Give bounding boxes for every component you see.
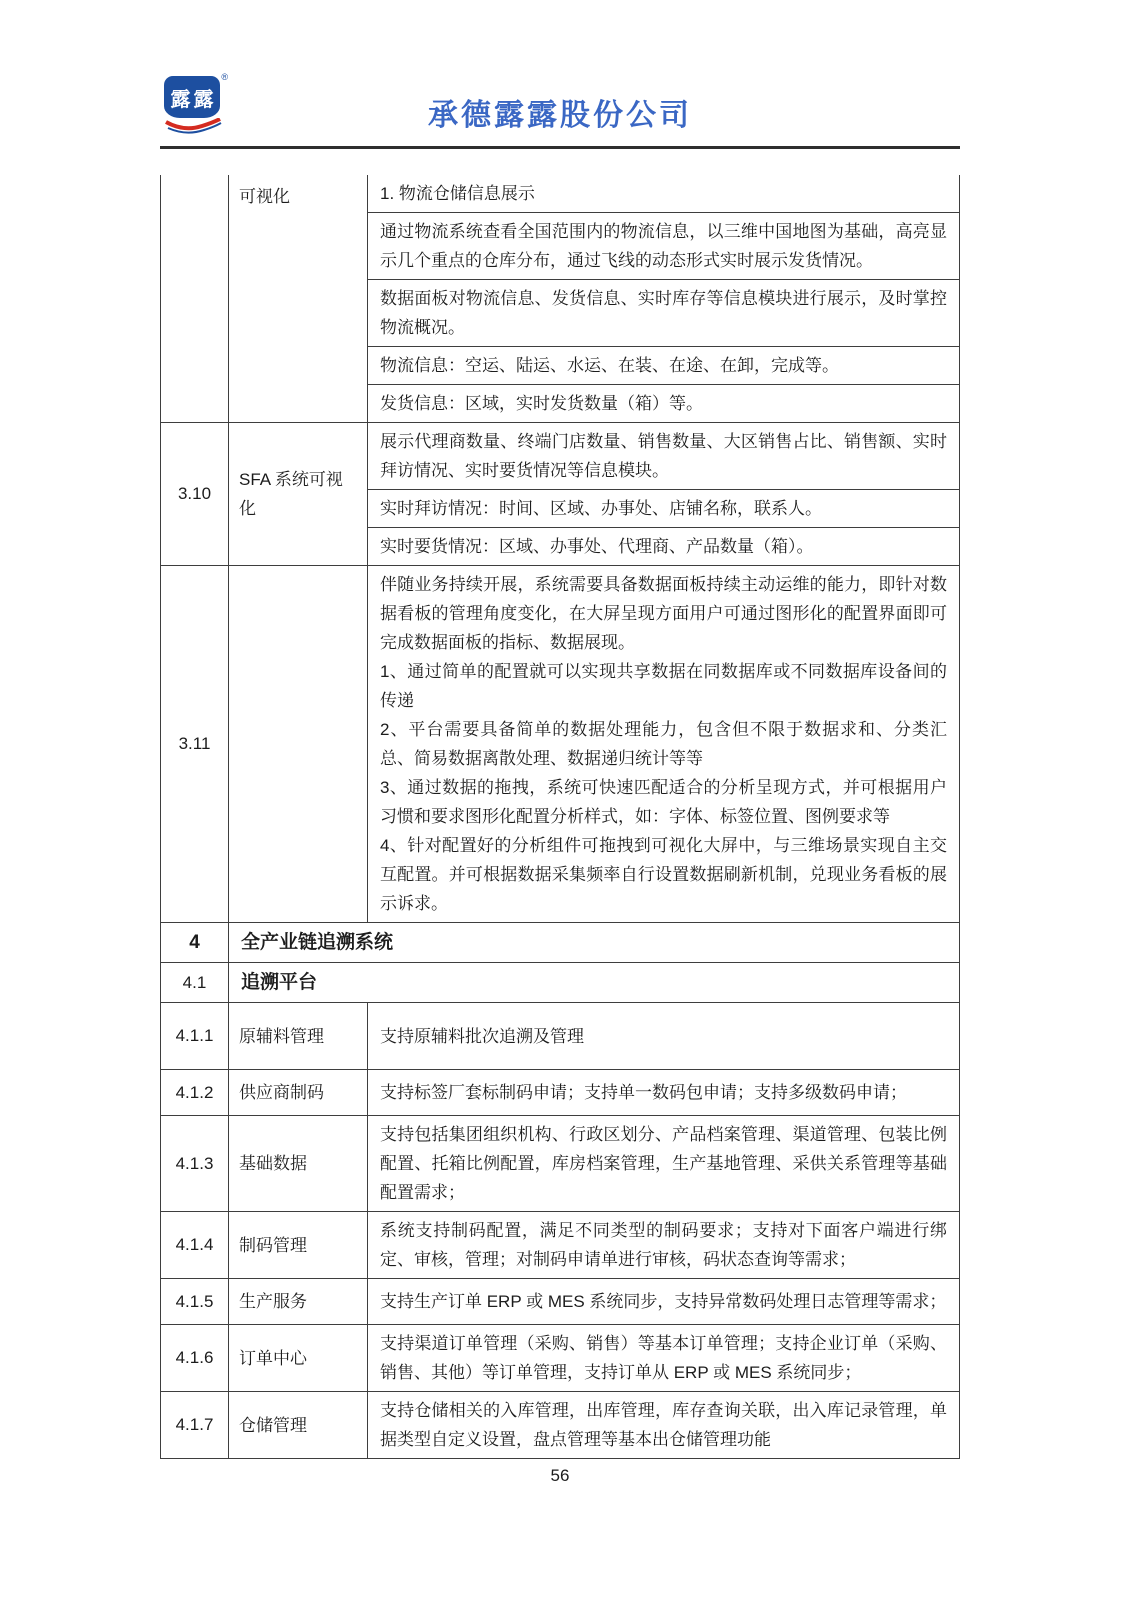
row-title: SFA 系统可视化 [239,465,357,523]
desc-item: 1. 物流仓储信息展示 [368,175,959,212]
requirements-table: 可视化 1. 物流仓储信息展示 通过物流系统查看全国范围内的物流信息，以三维中国… [160,175,960,1459]
table-row-4-1-3: 4.1.3 基础数据 支持包括集团组织机构、行政区划分、产品档案管理、渠道管理、… [161,1115,959,1211]
row-desc-cell: 支持原辅料批次追溯及管理 [368,1003,959,1069]
row-title: 仓储管理 [239,1411,307,1440]
desc-paragraph: 3、通过数据的拖拽，系统可快速匹配适合的分析呈现方式，并可根据用户习惯和要求图形… [380,773,947,831]
row-title-cell: 基础数据 [229,1116,368,1211]
row-title: 订单中心 [239,1344,307,1373]
desc-item: 物流信息：空运、陆运、水运、在装、在途、在卸，完成等。 [368,346,959,384]
row-desc-cell: 展示代理商数量、终端门店数量、销售数量、大区销售占比、销售额、实时拜访情况、实时… [368,423,959,565]
row-title-cell [229,566,368,922]
registered-trademark-icon: ® [221,72,228,82]
page-header: 露露 ® 承德露露股份公司 [160,0,960,175]
table-row-4-1-2: 4.1.2 供应商制码 支持标签厂套标制码申请；支持单一数码包申请；支持多级数码… [161,1069,959,1115]
desc-item: 发货信息：区域，实时发货数量（箱）等。 [368,384,959,422]
section-number-cell: 4.1 [161,963,229,1002]
row-title-cell: 供应商制码 [229,1070,368,1115]
page-content: 露露 ® 承德露露股份公司 可视化 1. 物流仓储信息展示 [160,0,960,1486]
row-desc-cell: 系统支持制码配置，满足不同类型的制码要求；支持对下面客户端进行绑定、审核，管理；… [368,1212,959,1278]
row-title-cell: 制码管理 [229,1212,368,1278]
row-number-cell: 4.1.1 [161,1003,229,1069]
company-title: 承德露露股份公司 [160,90,960,134]
row-number-cell: 3.11 [161,566,229,922]
row-number-cell: 4.1.5 [161,1279,229,1324]
section-title: 全产业链追溯系统 [229,923,959,962]
table-row-4-1-7: 4.1.7 仓储管理 支持仓储相关的入库管理，出库管理，库存查询关联，出入库记录… [161,1391,959,1458]
table-section-4-1: 4.1 追溯平台 [161,962,959,1002]
row-number-cell: 4.1.6 [161,1325,229,1391]
row-number-cell: 4.1.4 [161,1212,229,1278]
row-title: 基础数据 [239,1149,307,1178]
section-title: 追溯平台 [229,963,959,1002]
desc-text: 系统支持制码配置，满足不同类型的制码要求；支持对下面客户端进行绑定、审核，管理；… [368,1212,959,1278]
desc-paragraph: 4、针对配置好的分析组件可拖拽到可视化大屏中，与三维场景实现自主交互配置。并可根… [380,831,947,918]
row-title-cell: 订单中心 [229,1325,368,1391]
row-title: 供应商制码 [239,1078,324,1107]
row-desc-cell: 支持包括集团组织机构、行政区划分、产品档案管理、渠道管理、包装比例配置、托箱比例… [368,1116,959,1211]
row-title: 生产服务 [239,1287,307,1316]
desc-paragraph: 2、平台需要具备简单的数据处理能力，包含但不限于数据求和、分类汇总、简易数据离散… [380,715,947,773]
header-divider [160,146,960,149]
row-number-cell: 4.1.2 [161,1070,229,1115]
row-title-cell: 生产服务 [229,1279,368,1324]
table-row-4-1-1: 4.1.1 原辅料管理 支持原辅料批次追溯及管理 [161,1002,959,1069]
desc-text: 支持生产订单 ERP 或 MES 系统同步，支持异常数码处理日志管理等需求； [368,1283,959,1320]
desc-item: 通过物流系统查看全国范围内的物流信息，以三维中国地图为基础，高亮显示几个重点的仓… [368,212,959,279]
desc-text: 支持渠道订单管理（采购、销售）等基本订单管理；支持企业订单（采购、销售、其他）等… [368,1325,959,1391]
row-title: 可视化 [239,182,290,211]
desc-item: 实时拜访情况：时间、区域、办事处、店铺名称，联系人。 [368,489,959,527]
row-desc-cell: 支持渠道订单管理（采购、销售）等基本订单管理；支持企业订单（采购、销售、其他）等… [368,1325,959,1391]
document-page: 露露 ® 承德露露股份公司 可视化 1. 物流仓储信息展示 [0,0,1131,1600]
desc-item: 实时要货情况：区域、办事处、代理商、产品数量（箱）。 [368,527,959,565]
desc-text: 支持包括集团组织机构、行政区划分、产品档案管理、渠道管理、包装比例配置、托箱比例… [368,1116,959,1211]
desc-multiline: 伴随业务持续开展，系统需要具备数据面板持续主动运维的能力，即针对数据看板的管理角… [368,566,959,922]
row-desc-cell: 伴随业务持续开展，系统需要具备数据面板持续主动运维的能力，即针对数据看板的管理角… [368,566,959,922]
desc-item: 数据面板对物流信息、发货信息、实时库存等信息模块进行展示，及时掌控物流概况。 [368,279,959,346]
row-desc-cell: 支持生产订单 ERP 或 MES 系统同步，支持异常数码处理日志管理等需求； [368,1279,959,1324]
table-row-3-10: 3.10 SFA 系统可视化 展示代理商数量、终端门店数量、销售数量、大区销售占… [161,422,959,565]
row-number-cell [161,175,229,422]
row-title-cell: SFA 系统可视化 [229,423,368,565]
table-section-4: 4 全产业链追溯系统 [161,922,959,962]
row-desc-cell: 支持仓储相关的入库管理，出库管理，库存查询关联，出入库记录管理，单据类型自定义设… [368,1392,959,1458]
desc-text: 支持原辅料批次追溯及管理 [368,1018,959,1055]
desc-paragraph: 伴随业务持续开展，系统需要具备数据面板持续主动运维的能力，即针对数据看板的管理角… [380,570,947,657]
row-title-cell: 可视化 [229,175,368,422]
desc-paragraph: 1、通过简单的配置就可以实现共享数据在同数据库或不同数据库设备间的传递 [380,657,947,715]
table-row-3-11: 3.11 伴随业务持续开展，系统需要具备数据面板持续主动运维的能力，即针对数据看… [161,565,959,922]
table-row-4-1-6: 4.1.6 订单中心 支持渠道订单管理（采购、销售）等基本订单管理；支持企业订单… [161,1324,959,1391]
row-desc-cell: 1. 物流仓储信息展示 通过物流系统查看全国范围内的物流信息，以三维中国地图为基… [368,175,959,422]
table-row-4-1-5: 4.1.5 生产服务 支持生产订单 ERP 或 MES 系统同步，支持异常数码处… [161,1278,959,1324]
row-title-cell: 仓储管理 [229,1392,368,1458]
row-desc-cell: 支持标签厂套标制码申请；支持单一数码包申请；支持多级数码申请； [368,1070,959,1115]
desc-text: 支持标签厂套标制码申请；支持单一数码包申请；支持多级数码申请； [368,1074,959,1111]
page-footer-number: 56 [160,1466,960,1486]
table-row-visualization: 可视化 1. 物流仓储信息展示 通过物流系统查看全国范围内的物流信息，以三维中国… [161,175,959,422]
row-number-cell: 4.1.3 [161,1116,229,1211]
row-title-cell: 原辅料管理 [229,1003,368,1069]
row-title: 原辅料管理 [239,1022,324,1051]
row-number-cell: 3.10 [161,423,229,565]
desc-text: 支持仓储相关的入库管理，出库管理，库存查询关联，出入库记录管理，单据类型自定义设… [368,1392,959,1458]
section-number-cell: 4 [161,923,229,962]
desc-item: 展示代理商数量、终端门店数量、销售数量、大区销售占比、销售额、实时拜访情况、实时… [368,423,959,489]
row-title: 制码管理 [239,1231,307,1260]
row-number-cell: 4.1.7 [161,1392,229,1458]
table-row-4-1-4: 4.1.4 制码管理 系统支持制码配置，满足不同类型的制码要求；支持对下面客户端… [161,1211,959,1278]
